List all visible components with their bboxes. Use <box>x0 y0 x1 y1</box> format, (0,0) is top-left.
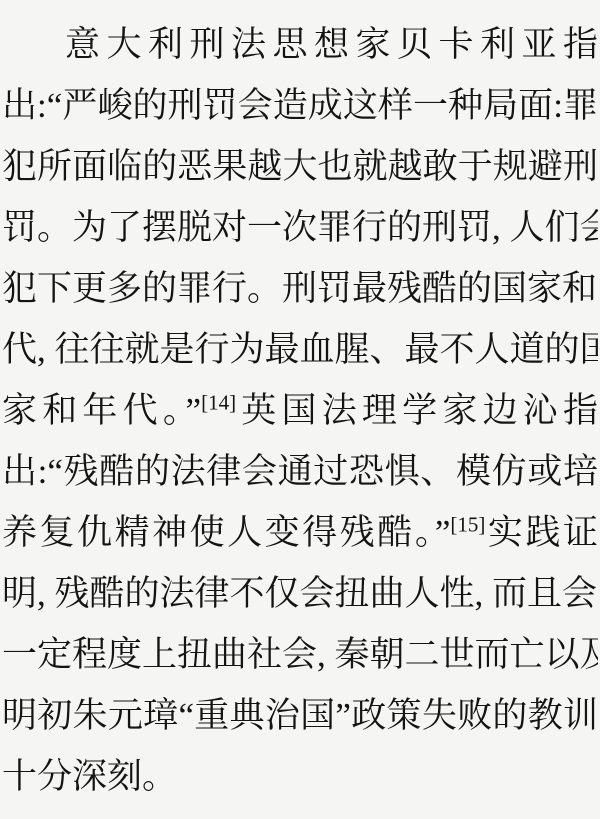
text-line: 明初朱元璋“重典治国”政策失败的教训 <box>2 685 598 746</box>
text-line: 家和年代。”[14]英国法理学家边沁指 <box>2 380 598 441</box>
text-line: 出:“残酷的法律会通过恐惧、模仿或培 <box>2 441 598 502</box>
text-line: 代, 往往就是行为最血腥、最不人道的国 <box>2 319 598 380</box>
line-text: 十分深刻。 <box>2 757 177 796</box>
line-text: 明, 残酷的法律不仅会扭曲人性, 而且会在 <box>2 574 598 613</box>
line-text: 代, 往往就是行为最血腥、最不人道的国 <box>2 330 598 369</box>
text-line: 出:“严峻的刑罚会造成这样一种局面:罪 <box>2 75 598 136</box>
line-text: 罚。为了摆脱对一次罪行的刑罚, 人们会 <box>2 208 598 247</box>
text-line: 一定程度上扭曲社会, 秦朝二世而亡以及 <box>2 624 598 685</box>
text-line: 罚。为了摆脱对一次罪行的刑罚, 人们会 <box>2 197 598 258</box>
line-text: 实践证 <box>485 513 598 552</box>
book-page: 意大利刑法思想家贝卡利亚指 出:“严峻的刑罚会造成这样一种局面:罪 犯所面临的恶… <box>0 0 600 819</box>
line-text: 明初朱元璋“重典治国”政策失败的教训 <box>2 696 598 735</box>
line-text: 犯所面临的恶果越大也就越敢于规避刑 <box>2 147 598 186</box>
text-line: 十分深刻。 <box>2 746 598 807</box>
line-text: 出:“严峻的刑罚会造成这样一种局面:罪 <box>2 86 598 125</box>
line-text: 意大利刑法思想家贝卡利亚指 <box>65 25 598 64</box>
line-text: 养复仇精神使人变得残酷。” <box>2 513 450 552</box>
text-line: 养复仇精神使人变得残酷。”[15]实践证 <box>2 502 598 563</box>
line-text: 一定程度上扭曲社会, 秦朝二世而亡以及 <box>2 635 598 674</box>
paragraph: 意大利刑法思想家贝卡利亚指 出:“严峻的刑罚会造成这样一种局面:罪 犯所面临的恶… <box>2 14 598 807</box>
text-line: 犯下更多的罪行。刑罚最残酷的国家和年 <box>2 258 598 319</box>
text-line: 犯所面临的恶果越大也就越敢于规避刑 <box>2 136 598 197</box>
line-text: 犯下更多的罪行。刑罚最残酷的国家和年 <box>2 269 598 308</box>
footnote-ref-14[interactable]: [14] <box>201 390 236 414</box>
text-line: 明, 残酷的法律不仅会扭曲人性, 而且会在 <box>2 563 598 624</box>
line-text: 家和年代。” <box>2 391 201 430</box>
line-text: 英国法理学家边沁指 <box>236 391 598 430</box>
text-line: 意大利刑法思想家贝卡利亚指 <box>2 14 598 75</box>
line-text: 出:“残酷的法律会通过恐惧、模仿或培 <box>2 452 598 491</box>
footnote-ref-15[interactable]: [15] <box>450 512 485 536</box>
